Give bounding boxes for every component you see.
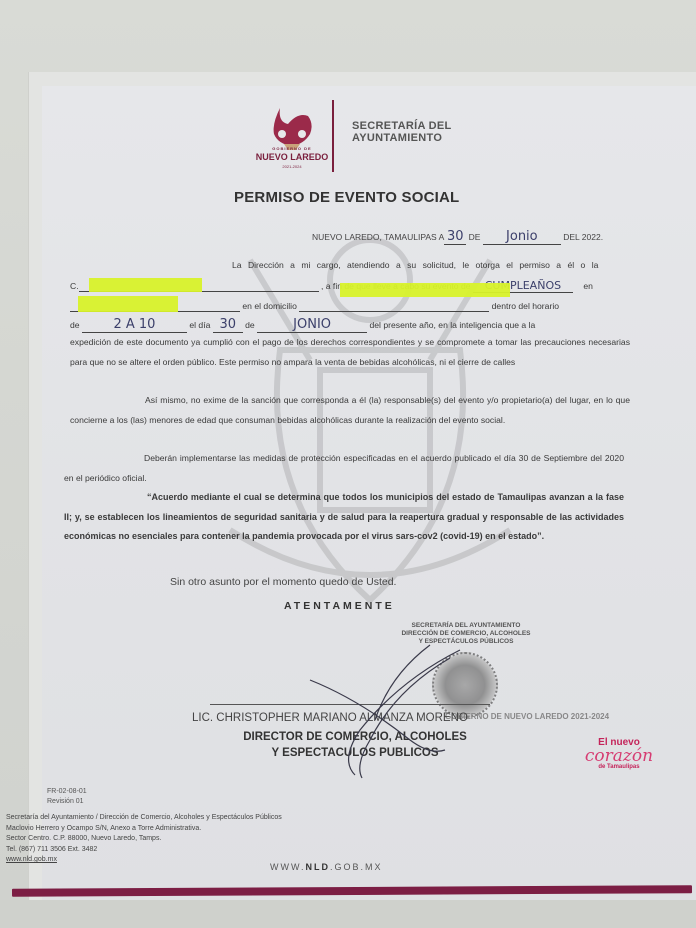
footer-link[interactable]: www.nld.gob.mx <box>6 855 282 866</box>
redaction-location <box>78 296 178 312</box>
c-label: C. <box>70 281 79 291</box>
event-en: en <box>583 281 593 291</box>
footer-phone: Tel. (867) 711 3506 Ext. 3482 <box>6 845 282 856</box>
form-intro: La Dirección a mi cargo, atendiendo a su… <box>232 260 632 270</box>
footer-address: Secretaría del Ayuntamiento / Dirección … <box>6 813 282 866</box>
date-de: DE <box>469 232 481 242</box>
date-day-field: 30 <box>444 229 466 245</box>
paragraph-payment: expedición de este documento ya cumplió … <box>70 333 630 372</box>
paragraph-measures: Deberán implementarse las medidas de pro… <box>64 449 624 488</box>
dia-field: 30 <box>213 317 243 333</box>
redaction-address <box>340 283 510 297</box>
date-month-field: Jonio <box>483 229 561 245</box>
logo-text-gobierno: GOBIERNO DE <box>262 146 322 151</box>
stamp-line-1: SECRETARÍA DEL AYUNTAMIENTO <box>376 622 556 630</box>
stamp-line-2: DIRECCIÓN DE COMERCIO, ALCOHOLES <box>376 630 556 638</box>
footer-website: WWW.NLD.GOB.MX <box>270 862 383 872</box>
el-nuevo-corazon-logo: El nuevo corazón de Tamaulipas <box>574 737 664 770</box>
footer-addr-3: Sector Centro. C.P. 88000, Nuevo Laredo,… <box>6 834 282 845</box>
handwritten-signature-icon <box>300 640 470 780</box>
horario-field: 2 A 10 <box>82 317 187 333</box>
brand-line-2: corazón <box>574 748 664 764</box>
atentamente: ATENTAMENTE <box>284 600 395 612</box>
presente-text: del presente año, en la inteligencia que… <box>370 320 536 330</box>
footer-addr-1: Secretaría del Ayuntamiento / Dirección … <box>6 813 282 824</box>
paragraph-quote: “Acuerdo mediante el cual se determina q… <box>64 488 624 547</box>
horario-label: dentro del horario <box>492 301 559 311</box>
department-title: SECRETARÍA DEL AYUNTAMIENTO <box>352 120 452 144</box>
logo-text-period: 2021-2024 <box>262 164 322 169</box>
form-code-number: FR-02-08-01 <box>47 787 87 797</box>
form-revision: Revisión 01 <box>47 797 87 807</box>
form-line-schedule: de 2 A 10 el día 30 de JONIO del present… <box>70 317 630 333</box>
nuevo-laredo-logo-icon <box>252 100 332 174</box>
date-prefix: NUEVO LAREDO, TAMAULIPAS A <box>312 232 444 242</box>
dia-label: el día <box>189 320 210 330</box>
header-divider <box>332 100 334 172</box>
desk-surface <box>0 900 696 928</box>
form-code: FR-02-08-01 Revisión 01 <box>47 787 87 807</box>
department-line-2: AYUNTAMIENTO <box>352 132 452 144</box>
de-label: de <box>70 320 80 330</box>
document-title: PERMISO DE EVENTO SOCIAL <box>234 189 459 206</box>
department-line-1: SECRETARÍA DEL <box>352 120 452 132</box>
web-pre: WWW. <box>270 862 306 872</box>
paragraph-sanction: Así mismo, no exime de la sanción que co… <box>70 391 630 430</box>
closing-line: Sin otro asunto por el momento quedo de … <box>170 576 396 588</box>
mes-field: JONIO <box>257 317 367 333</box>
redaction-name <box>89 278 202 292</box>
date-line: NUEVO LAREDO, TAMAULIPAS A30 DE Jonio DE… <box>312 229 603 245</box>
logo-text-city: NUEVO LAREDO <box>250 152 334 162</box>
footer-addr-2: Maclovio Herrero y Ocampo S/N, Anexo a T… <box>6 824 282 835</box>
de2-label: de <box>245 320 255 330</box>
date-suffix: DEL 2022. <box>563 232 603 242</box>
domicilio-label: en el domicilio <box>242 301 296 311</box>
web-post: .GOB.MX <box>330 862 383 872</box>
address-field <box>299 301 489 312</box>
web-bold: NLD <box>306 862 331 872</box>
intro-text: La Dirección a mi cargo, atendiendo a su… <box>232 260 598 270</box>
